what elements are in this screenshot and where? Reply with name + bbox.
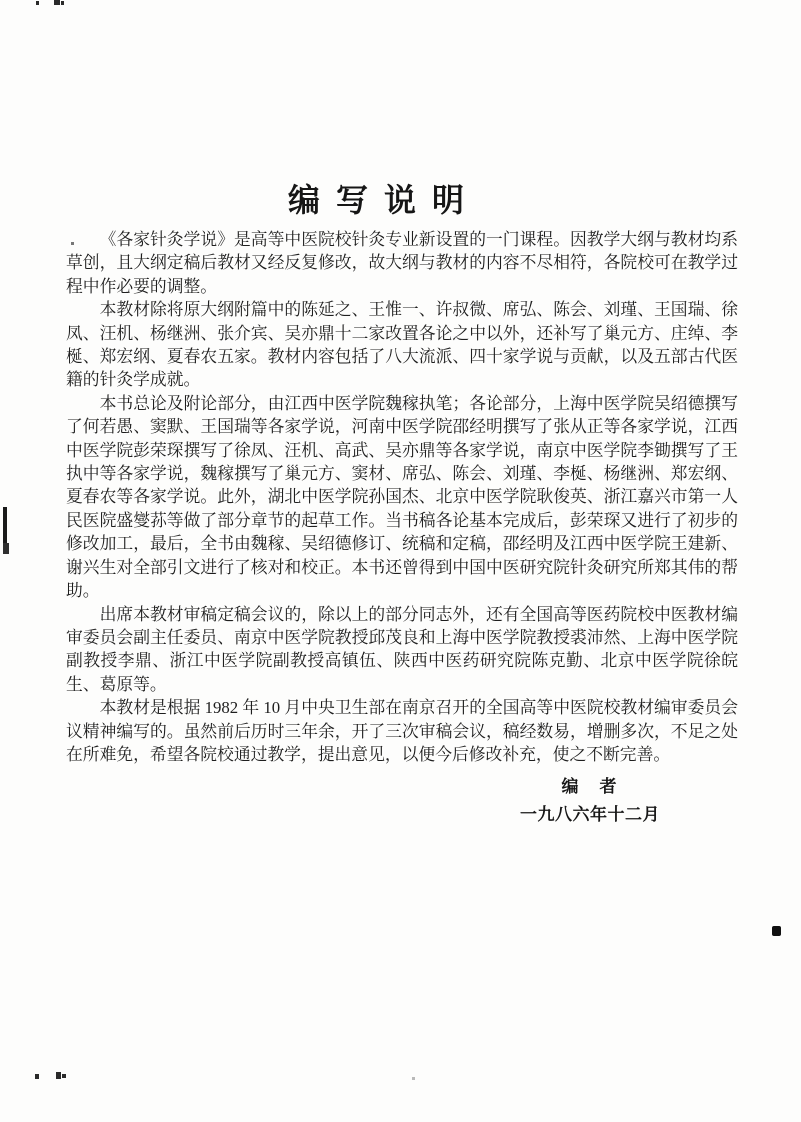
page-body: 《各家针灸学说》是高等中医院校针灸专业新设置的一门课程。因教学大纲与教材均系草创…: [66, 228, 738, 828]
scan-artifact: [56, 1072, 61, 1079]
signature-date: 一九八六年十二月: [520, 801, 660, 829]
scan-artifact: [772, 926, 781, 936]
scan-artifact: [61, 1, 64, 5]
paragraph-intro: 《各家针灸学说》是高等中医院校针灸专业新设置的一门课程。因教学大纲与教材均系草创…: [66, 228, 738, 298]
page-title: 编写说明: [288, 175, 480, 221]
paragraph-contents: 本教材除将原大纲附篇中的陈延之、王惟一、许叔微、席弘、陈会、刘瑾、王国瑞、徐凤、…: [66, 298, 738, 392]
scan-artifact: [62, 1074, 66, 1078]
signature-block: 编 者 一九八六年十二月: [520, 773, 660, 828]
paragraph-reviewers: 出席本教材审稿定稿会议的，除以上的部分同志外，还有全国高等医药院校中医教材编审委…: [66, 603, 738, 697]
editor-signature: 编 者: [520, 773, 660, 801]
scan-artifact: [412, 1077, 415, 1080]
scan-artifact: [54, 0, 60, 5]
scan-artifact: [36, 1, 39, 5]
paragraph-closing: 本教材是根据 1982 年 10 月中央卫生部在南京召开的全国高等中医院校教材编…: [66, 696, 738, 766]
scan-artifact-binding-mark: [3, 543, 9, 554]
paragraph-contributors: 本书总论及附论部分，由江西中医学院魏稼执笔；各论部分，上海中医学院吴绍德撰写了何…: [66, 392, 738, 603]
scanned-book-page: 编写说明 《各家针灸学说》是高等中医院校针灸专业新设置的一门课程。因教学大纲与教…: [0, 0, 801, 1122]
scan-artifact: [35, 1074, 39, 1079]
